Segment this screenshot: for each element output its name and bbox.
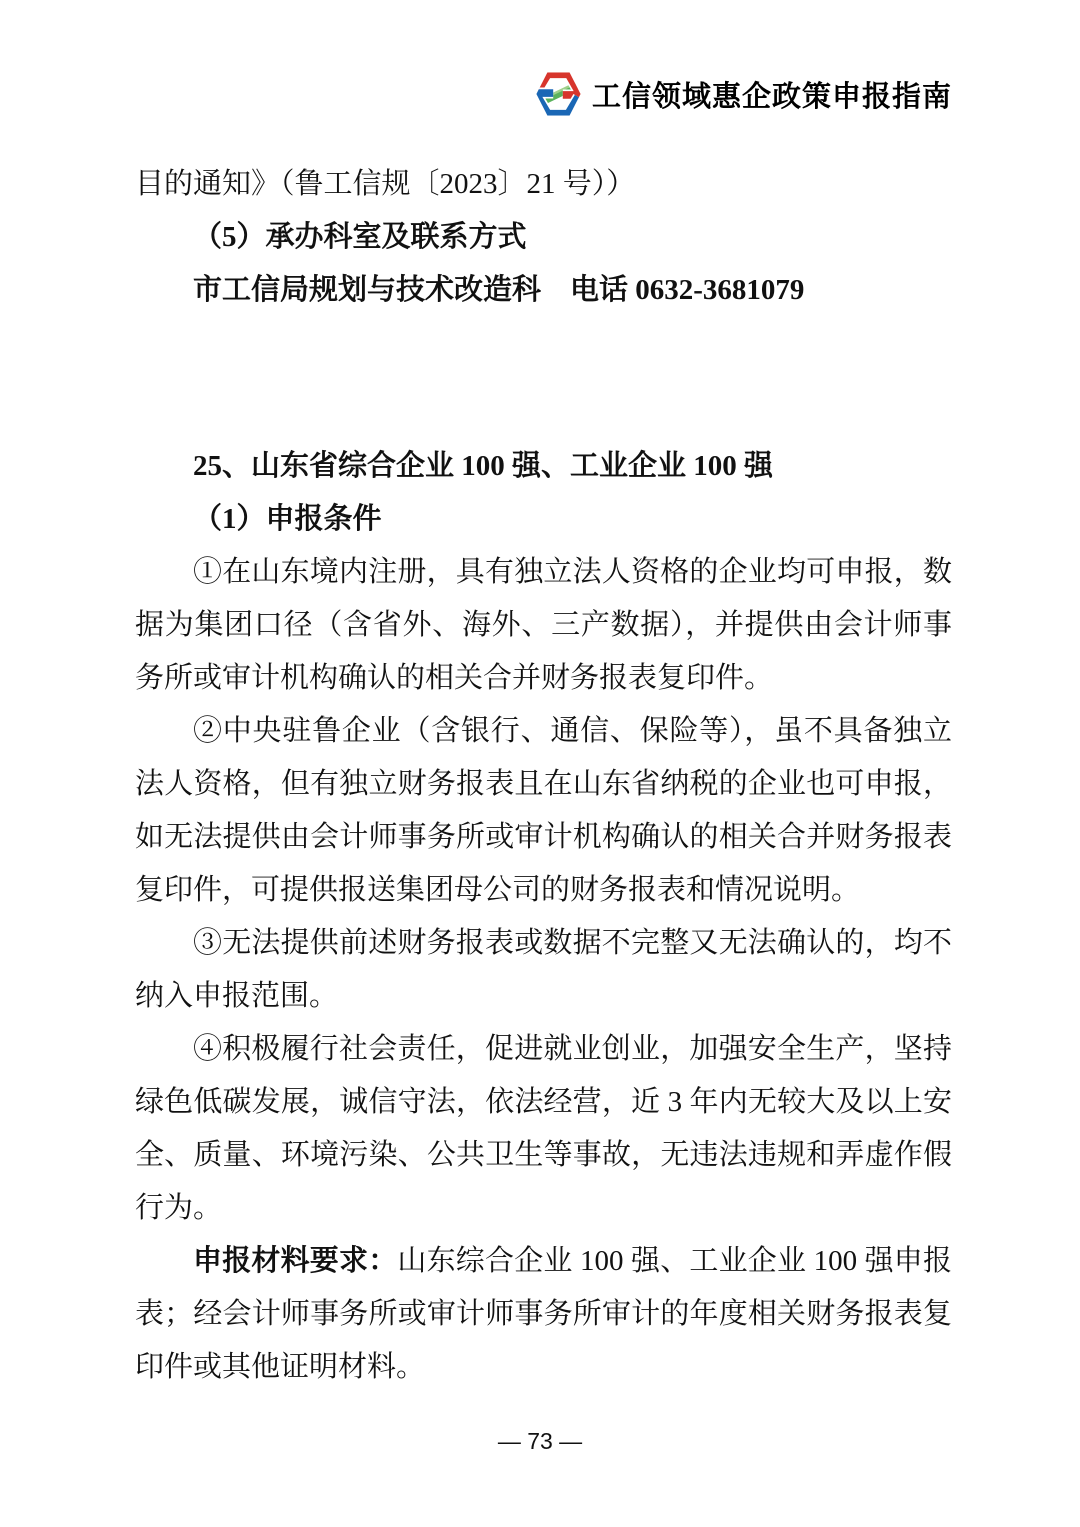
item25-title: 25、山东省综合企业 100 强、工业企业 100 强 bbox=[135, 440, 952, 493]
paragraph-1: ①在山东境内注册，具有独立法人资格的企业均可申报，数据为集团口径（含省外、海外、… bbox=[135, 546, 952, 705]
page-header: 工信领域惠企政策申报指南 bbox=[0, 0, 1080, 118]
paragraph-4: ④积极履行社会责任，促进就业创业，加强安全生产，坚持绿色低碳发展，诚信守法，依法… bbox=[135, 1023, 952, 1235]
paragraph-2: ②中央驻鲁企业（含银行、通信、保险等），虽不具备独立法人资格，但有独立财务报表且… bbox=[135, 705, 952, 917]
document-page: 工信领域惠企政策申报指南 目的通知》（鲁工信规〔2023〕21 号）） （5）承… bbox=[0, 0, 1080, 1527]
materials-label: 申报材料要求： bbox=[193, 1245, 397, 1277]
header-title: 工信领域惠企政策申报指南 bbox=[592, 74, 952, 115]
paragraph-3: ③无法提供前述财务报表或数据不完整又无法确认的，均不纳入申报范围。 bbox=[135, 917, 952, 1023]
page-number: — 73 — bbox=[0, 1428, 1080, 1455]
mii-hexagon-logo-icon bbox=[532, 70, 584, 118]
materials-paragraph: 申报材料要求：山东综合企业 100 强、工业企业 100 强申报表；经会计师事务… bbox=[135, 1235, 952, 1394]
section5-heading: （5）承办科室及联系方式 bbox=[135, 211, 952, 264]
sub1-heading: （1）申报条件 bbox=[135, 493, 952, 546]
contact-line: 市工信局规划与技术改造科 电话 0632-3681079 bbox=[135, 264, 952, 317]
document-body: 目的通知》（鲁工信规〔2023〕21 号）） （5）承办科室及联系方式 市工信局… bbox=[0, 158, 1080, 1394]
continuation-line: 目的通知》（鲁工信规〔2023〕21 号）） bbox=[135, 158, 952, 211]
